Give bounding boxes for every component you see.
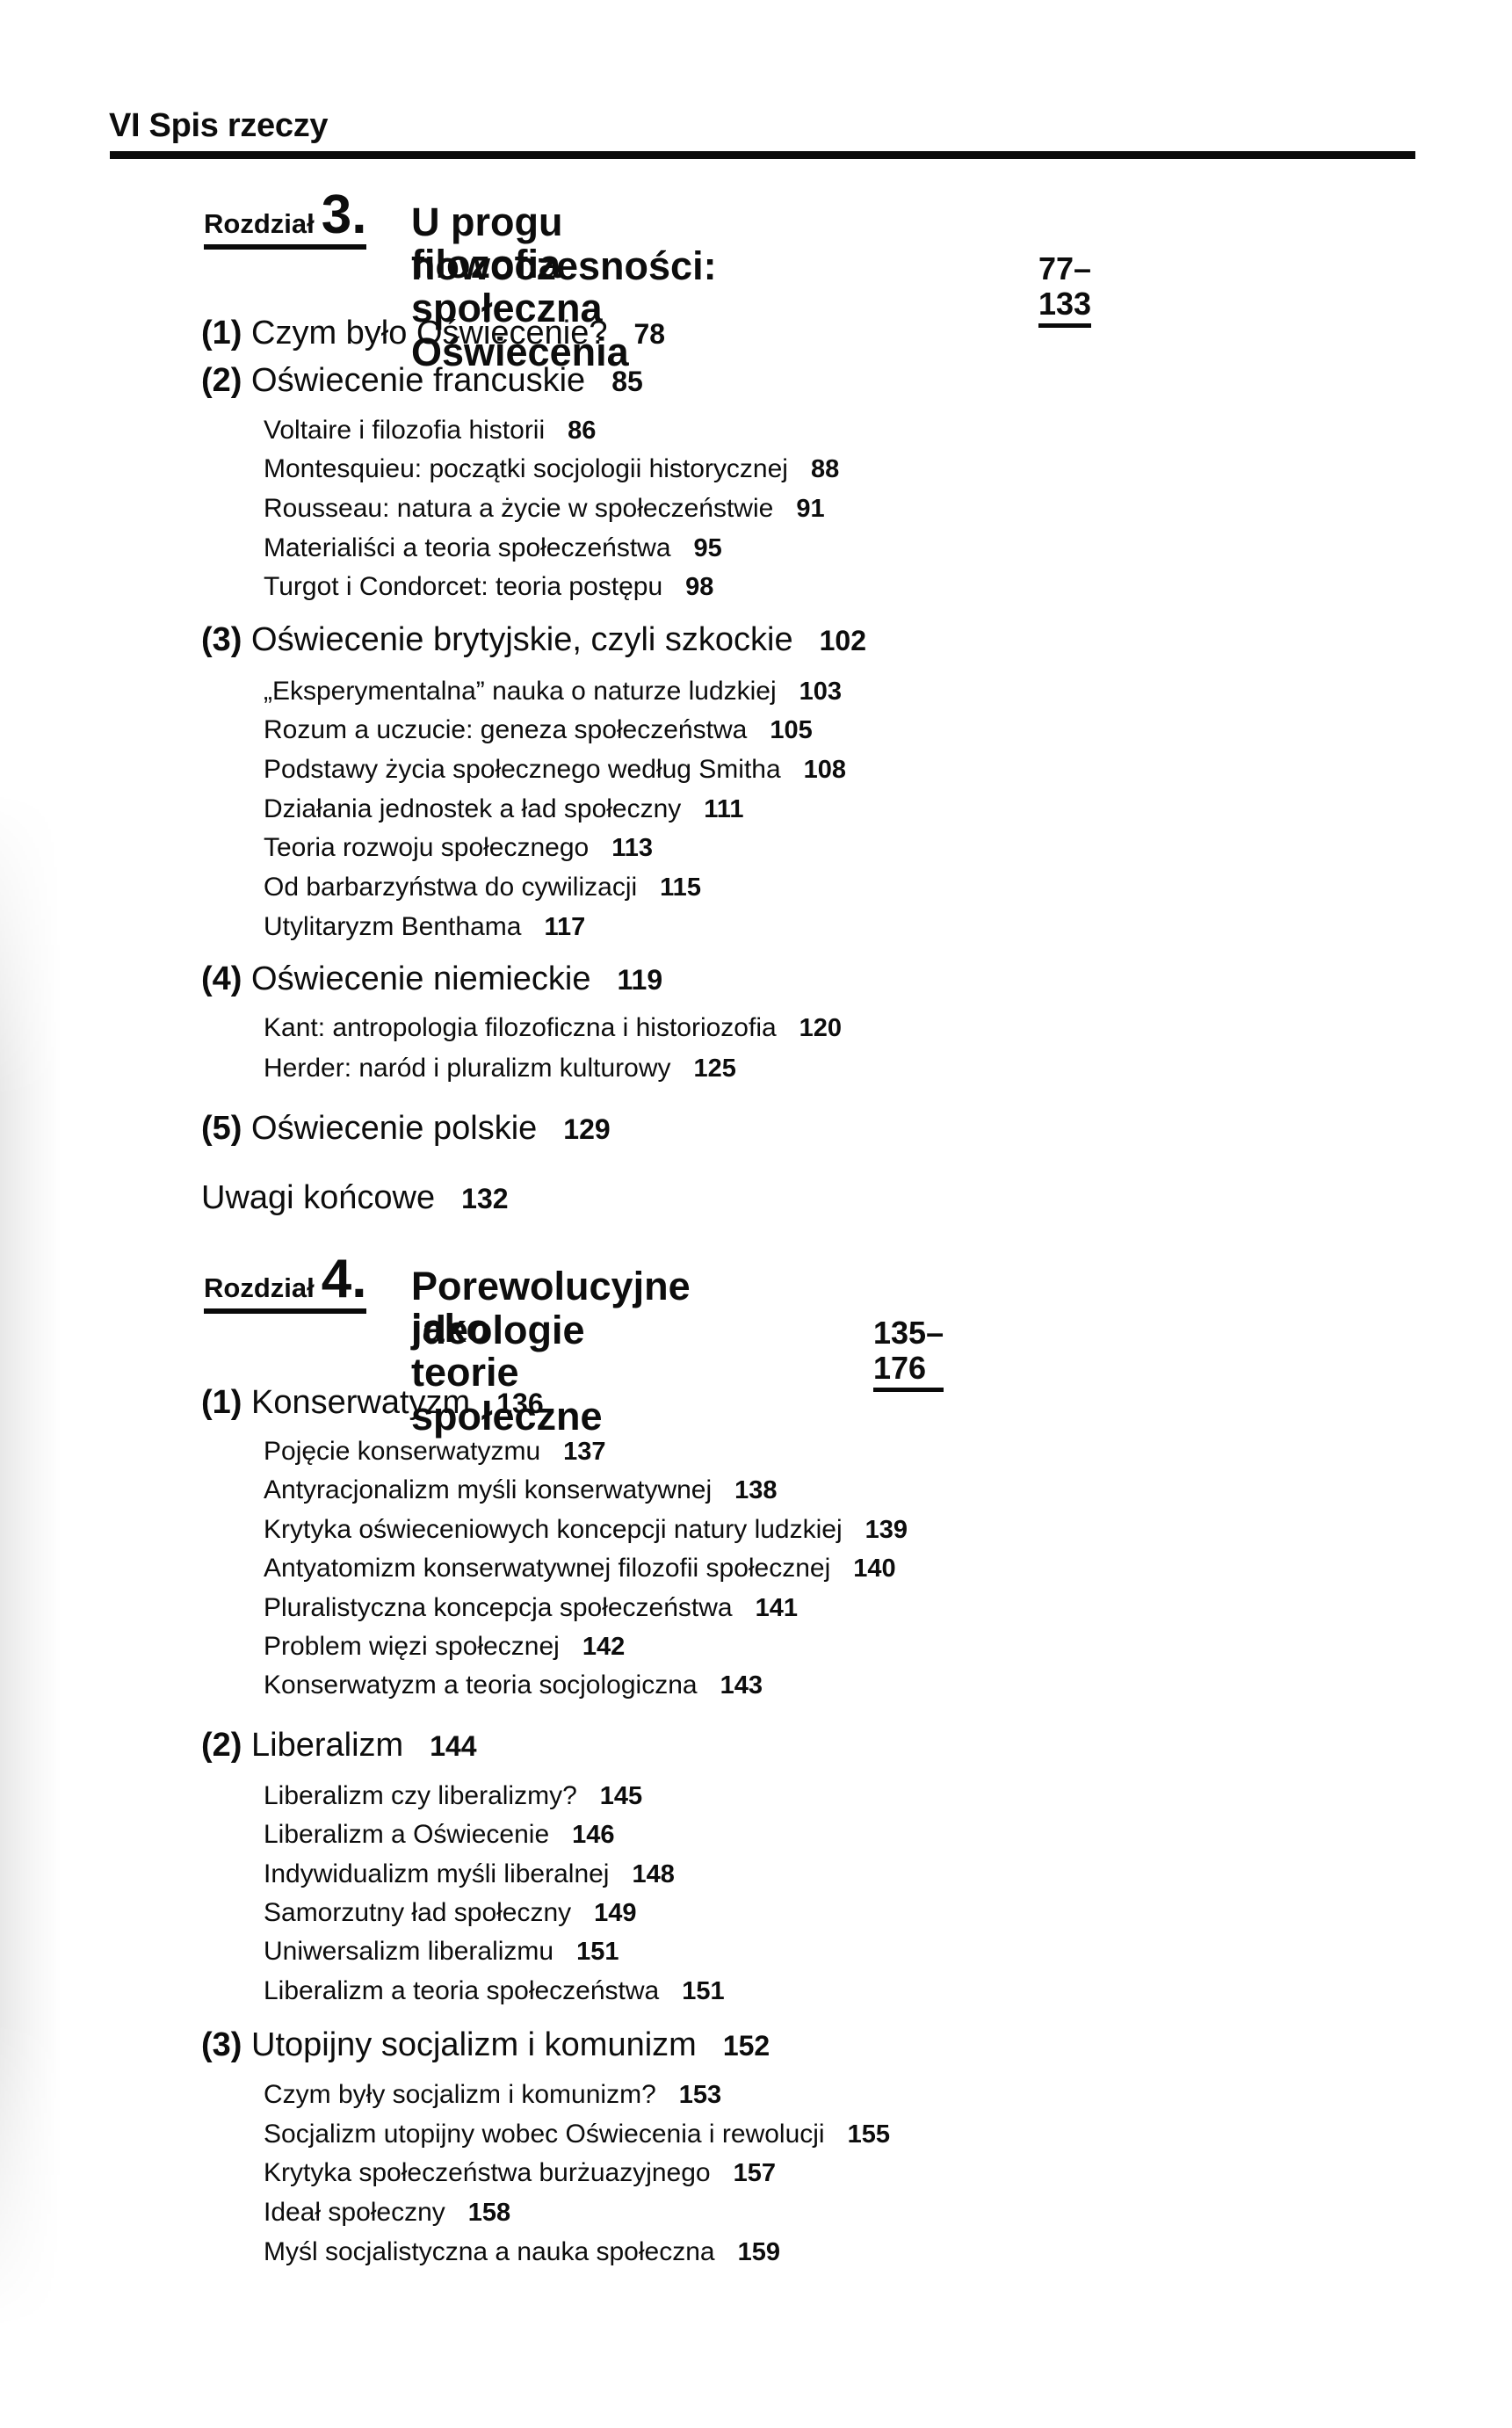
chapter-title-line2: filozofia społeczna Oświecenia xyxy=(411,243,629,374)
toc-section-closing-remarks[interactable]: Uwagi końcowe132 xyxy=(201,1178,509,1218)
chapter-number: 4. xyxy=(322,1252,367,1307)
page-number: 117 xyxy=(544,913,585,941)
page-number: 149 xyxy=(594,1899,636,1927)
page-number: 108 xyxy=(804,756,846,784)
page-number: 142 xyxy=(582,1633,625,1661)
page-number: 120 xyxy=(799,1014,842,1042)
toc-subsection[interactable]: Turgot i Condorcet: teoria postępu98 xyxy=(264,571,713,603)
toc-section[interactable]: (1) Czym było Oświecenie?78 xyxy=(201,314,665,353)
toc-section[interactable]: (3) Oświecenie brytyjskie, czyli szkocki… xyxy=(201,620,866,660)
page-number: 159 xyxy=(738,2238,780,2266)
toc-subsection[interactable]: Podstawy życia społecznego według Smitha… xyxy=(264,754,846,786)
chapter-label: Rozdział 4. xyxy=(204,1252,366,1314)
toc-section[interactable]: (3) Utopijny socjalizm i komunizm152 xyxy=(201,2026,770,2065)
toc-subsection[interactable]: Uniwersalizm liberalizmu151 xyxy=(264,1936,619,1968)
toc-subsection[interactable]: Materialiści a teoria społeczeństwa95 xyxy=(264,533,722,564)
page-number: 153 xyxy=(679,2081,721,2109)
page-number: 151 xyxy=(576,1938,619,1966)
page-number: 125 xyxy=(694,1055,736,1083)
page-number: 137 xyxy=(563,1438,605,1466)
page-number: 151 xyxy=(682,1977,724,2005)
chapter-label-text: Rozdział xyxy=(204,1272,315,1304)
page-number: 119 xyxy=(618,964,663,996)
toc-subsection[interactable]: Liberalizm a Oświecenie146 xyxy=(264,1819,615,1851)
page-number: 88 xyxy=(811,455,839,483)
toc-subsection[interactable]: Herder: naród i pluralizm kulturowy125 xyxy=(264,1053,736,1084)
page-number: 103 xyxy=(799,678,842,706)
page-number: 115 xyxy=(660,873,701,902)
page-number: 139 xyxy=(865,1516,908,1544)
toc-subsection[interactable]: Krytyka oświeceniowych koncepcji natury … xyxy=(264,1514,908,1546)
toc-subsection[interactable]: Kant: antropologia filozoficzna i histor… xyxy=(264,1012,842,1044)
toc-subsection[interactable]: Teoria rozwoju społecznego113 xyxy=(264,832,653,864)
page-number: 146 xyxy=(572,1821,614,1849)
toc-section[interactable]: (5) Oświecenie polskie129 xyxy=(201,1109,611,1149)
chapter-label: Rozdział 3. xyxy=(204,188,366,250)
toc-section[interactable]: (2) Liberalizm144 xyxy=(201,1726,477,1765)
page-number: 98 xyxy=(685,573,713,601)
toc-subsection[interactable]: Czym były socjalizm i komunizm?153 xyxy=(264,2079,721,2111)
header-rule xyxy=(110,151,1415,159)
page-number: 102 xyxy=(820,625,866,656)
scan-shadow xyxy=(0,791,61,2329)
toc-subsection[interactable]: Samorzutny ład społeczny149 xyxy=(264,1897,637,1929)
page-number: 143 xyxy=(720,1671,763,1700)
running-head: VI Spis rzeczy xyxy=(109,107,328,145)
toc-subsection[interactable]: Liberalizm czy liberalizmy?145 xyxy=(264,1780,642,1812)
toc-subsection[interactable]: Voltaire i filozofia historii86 xyxy=(264,415,596,446)
page-number: 157 xyxy=(734,2159,776,2187)
page-number: 155 xyxy=(848,2120,890,2149)
page-number: 144 xyxy=(430,1730,476,1762)
toc-subsection[interactable]: Pluralistyczna koncepcja społeczeństwa14… xyxy=(264,1592,798,1624)
toc-subsection[interactable]: Montesquieu: początki socjologii history… xyxy=(264,453,839,485)
toc-subsection[interactable]: Problem więzi społecznej142 xyxy=(264,1631,625,1663)
page-number: 95 xyxy=(694,534,722,562)
toc-subsection[interactable]: Rousseau: natura a życie w społeczeństwi… xyxy=(264,493,825,525)
page-number: 78 xyxy=(634,318,666,350)
page-number: 86 xyxy=(568,417,596,445)
toc-subsection[interactable]: Działania jednostek a ład społeczny111 xyxy=(264,794,743,825)
page-number: 140 xyxy=(853,1555,895,1583)
toc-subsection[interactable]: Myśl socjalistyczna a nauka społeczna159 xyxy=(264,2236,780,2268)
page-number: 85 xyxy=(611,366,643,397)
toc-subsection[interactable]: Liberalizm a teoria społeczeństwa151 xyxy=(264,1975,725,2007)
page-number: 158 xyxy=(468,2199,510,2227)
page-number: 129 xyxy=(563,1113,610,1145)
toc-subsection[interactable]: Antyatomizm konserwatywnej filozofii spo… xyxy=(264,1553,896,1584)
toc-subsection[interactable]: Od barbarzyństwa do cywilizacji115 xyxy=(264,872,701,903)
toc-subsection[interactable]: Antyracjonalizm myśli konserwatywnej138 xyxy=(264,1475,778,1506)
page-number: 111 xyxy=(704,795,743,823)
page-number: 136 xyxy=(496,1388,543,1419)
chapter-number: 3. xyxy=(322,188,367,243)
chapter-label-text: Rozdział xyxy=(204,208,315,240)
toc-section[interactable]: (4) Oświecenie niemieckie119 xyxy=(201,960,662,999)
page-number: 105 xyxy=(770,716,812,744)
toc-subsection[interactable]: Krytyka społeczeństwa burżuazyjnego157 xyxy=(264,2157,776,2189)
page-number: 152 xyxy=(723,2030,770,2062)
chapter-page-range[interactable]: 135–176 xyxy=(873,1315,944,1392)
chapter-page-range[interactable]: 77–133 xyxy=(1038,251,1091,328)
toc-subsection[interactable]: Ideał społeczny158 xyxy=(264,2197,510,2229)
toc-subsection[interactable]: Pojęcie konserwatyzmu137 xyxy=(264,1436,606,1468)
toc-subsection[interactable]: Konserwatyzm a teoria socjologiczna143 xyxy=(264,1670,763,1701)
toc-section[interactable]: (2) Oświecenie francuskie85 xyxy=(201,361,643,401)
page-number: 132 xyxy=(461,1183,508,1214)
toc-section[interactable]: (1) Konserwatyzm136 xyxy=(201,1383,544,1423)
toc-subsection[interactable]: Socjalizm utopijny wobec Oświecenia i re… xyxy=(264,2119,890,2150)
page-number: 141 xyxy=(756,1594,798,1622)
toc-subsection[interactable]: „Eksperymentalna” nauka o naturze ludzki… xyxy=(264,676,842,707)
toc-subsection[interactable]: Rozum a uczucie: geneza społeczeństwa105 xyxy=(264,714,813,746)
toc-subsection[interactable]: Indywidualizm myśli liberalnej148 xyxy=(264,1859,675,1890)
toc-subsection[interactable]: Utylitaryzm Benthama117 xyxy=(264,911,585,943)
page-number: 138 xyxy=(734,1476,777,1504)
page-number: 148 xyxy=(632,1860,674,1888)
page-number: 145 xyxy=(600,1782,642,1810)
page-number: 113 xyxy=(611,834,653,862)
page-number: 91 xyxy=(796,495,824,523)
